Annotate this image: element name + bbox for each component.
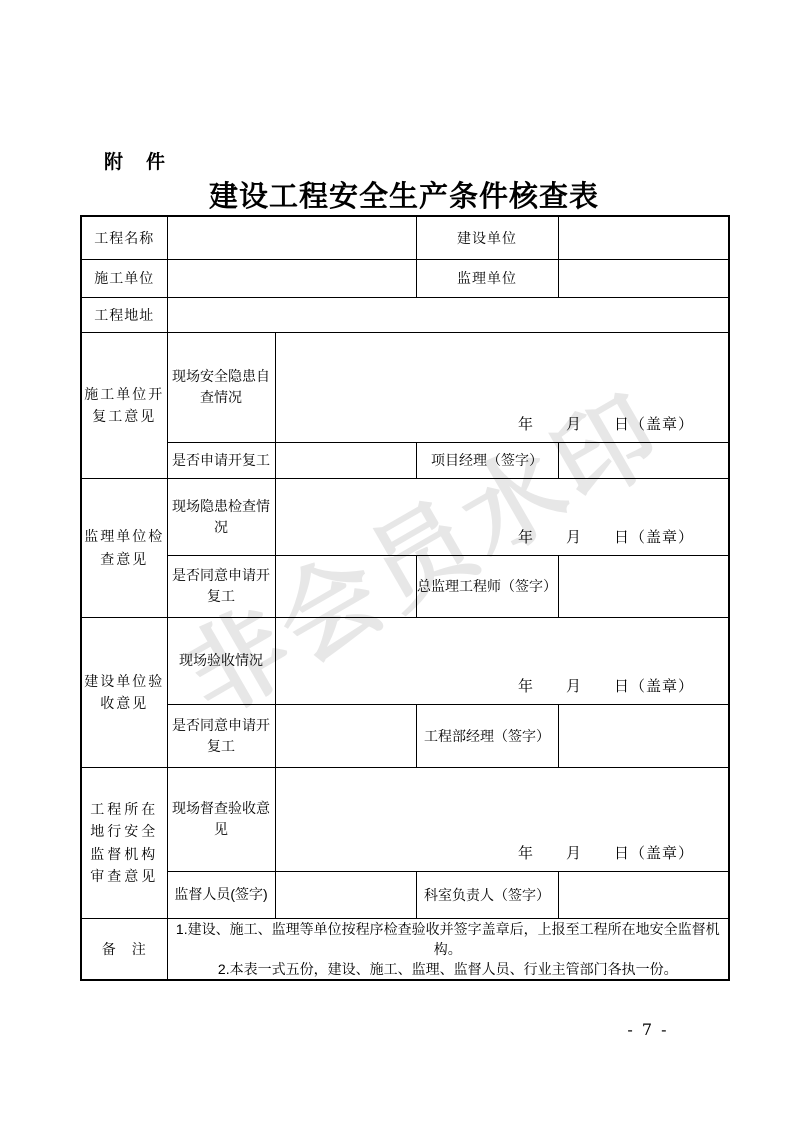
- builder-unit-label: 施工单位: [81, 259, 167, 297]
- section-chief-sign-label: 科室负责人（签字）: [416, 871, 558, 918]
- project-address-label: 工程地址: [81, 297, 167, 332]
- attachment-label: 附 件: [104, 147, 167, 174]
- section-supervisor-opinion-label: 监理单位检查意见: [81, 478, 167, 617]
- project-address-value: [167, 297, 729, 332]
- remark-row: 备 注 1.建设、施工、监理等单位按程序检查验收并签字盖章后，上报至工程所在地安…: [81, 918, 729, 980]
- safety-check-form-table: 工程名称 建设单位 施工单位 监理单位 工程地址 施工单位开复工意见 现场安全隐…: [80, 215, 730, 981]
- date-stamp-line: 年 月 日（盖章）: [518, 842, 694, 863]
- supervisor-staff-signature-value: [275, 871, 416, 918]
- agree-apply-question-label: 是否同意申请开复工: [167, 704, 275, 767]
- section-authority-review-label: 工程所在地行安全监督机构审查意见: [81, 767, 167, 918]
- remark-line-1: 1.建设、施工、监理等单位按程序检查验收并签字盖章后，上报至工程所在地安全监督机…: [168, 919, 729, 960]
- page-number: - 7 -: [600, 1020, 696, 1039]
- apply-resume-question-label: 是否申请开复工: [167, 442, 275, 478]
- document-page: 非会员水印 附 件 建设工程安全生产条件核查表 工程名称 建设单位 施工单位 监…: [0, 0, 793, 1122]
- supervision-unit-label: 监理单位: [416, 259, 558, 297]
- section-supervisor-opinion-content-row: 监理单位检查意见 现场隐患检查情况 年 月 日（盖章）: [81, 478, 729, 555]
- construction-unit-value: [558, 216, 729, 259]
- section-owner-acceptance-content-row: 建设单位验收意见 现场验收情况 年 月 日（盖章）: [81, 617, 729, 704]
- chief-supervisor-signature-value: [558, 555, 729, 617]
- supervisor-staff-sign-label: 监督人员(签字): [167, 871, 275, 918]
- date-stamp-line: 年 月 日（盖章）: [518, 413, 694, 434]
- date-stamp-line: 年 月 日（盖章）: [518, 526, 694, 547]
- self-check-situation-value: 年 月 日（盖章）: [275, 332, 729, 442]
- hazard-check-situation-label: 现场隐患检查情况: [167, 478, 275, 555]
- row-builder-unit: 施工单位 监理单位: [81, 259, 729, 297]
- section-authority-review-sub-row: 监督人员(签字) 科室负责人（签字）: [81, 871, 729, 918]
- site-inspection-opinion-value: 年 月 日（盖章）: [275, 767, 729, 871]
- site-inspection-opinion-label: 现场督查验收意见: [167, 767, 275, 871]
- hazard-check-situation-value: 年 月 日（盖章）: [275, 478, 729, 555]
- supervision-unit-value: [558, 259, 729, 297]
- agree-apply-answer-value: [275, 555, 416, 617]
- remark-label: 备 注: [81, 918, 167, 980]
- section-owner-acceptance-label: 建设单位验收意见: [81, 617, 167, 767]
- remark-line-2: 2.本表一式五份，建设、施工、监理、监督人员、行业主管部门各执一份。: [168, 959, 729, 979]
- project-manager-signature-value: [558, 442, 729, 478]
- section-owner-acceptance-sub-row: 是否同意申请开复工 工程部经理（签字）: [81, 704, 729, 767]
- agree-apply-question-label: 是否同意申请开复工: [167, 555, 275, 617]
- section-supervisor-opinion-sub-row: 是否同意申请开复工 总监理工程师（签字）: [81, 555, 729, 617]
- apply-resume-answer-value: [275, 442, 416, 478]
- project-manager-sign-label: 项目经理（签字）: [416, 442, 558, 478]
- builder-unit-value: [167, 259, 416, 297]
- self-check-situation-label: 现场安全隐患自查情况: [167, 332, 275, 442]
- section-builder-opinion-sub-row: 是否申请开复工 项目经理（签字）: [81, 442, 729, 478]
- construction-unit-label: 建设单位: [416, 216, 558, 259]
- project-name-value: [167, 216, 416, 259]
- date-stamp-line: 年 月 日（盖章）: [518, 675, 694, 696]
- form-title: 建设工程安全生产条件核查表: [80, 174, 728, 215]
- project-name-label: 工程名称: [81, 216, 167, 259]
- remark-content: 1.建设、施工、监理等单位按程序检查验收并签字盖章后，上报至工程所在地安全监督机…: [167, 918, 729, 980]
- row-project-address: 工程地址: [81, 297, 729, 332]
- section-builder-opinion-label: 施工单位开复工意见: [81, 332, 167, 478]
- agree-apply-answer-value: [275, 704, 416, 767]
- section-chief-signature-value: [558, 871, 729, 918]
- chief-supervisor-sign-label: 总监理工程师（签字）: [416, 555, 558, 617]
- section-builder-opinion-content-row: 施工单位开复工意见 现场安全隐患自查情况 年 月 日（盖章）: [81, 332, 729, 442]
- site-acceptance-situation-label: 现场验收情况: [167, 617, 275, 704]
- row-project-name: 工程名称 建设单位: [81, 216, 729, 259]
- engineering-dept-manager-sign-label: 工程部经理（签字）: [416, 704, 558, 767]
- section-authority-review-content-row: 工程所在地行安全监督机构审查意见 现场督查验收意见 年 月 日（盖章）: [81, 767, 729, 871]
- engineering-dept-manager-signature-value: [558, 704, 729, 767]
- site-acceptance-situation-value: 年 月 日（盖章）: [275, 617, 729, 704]
